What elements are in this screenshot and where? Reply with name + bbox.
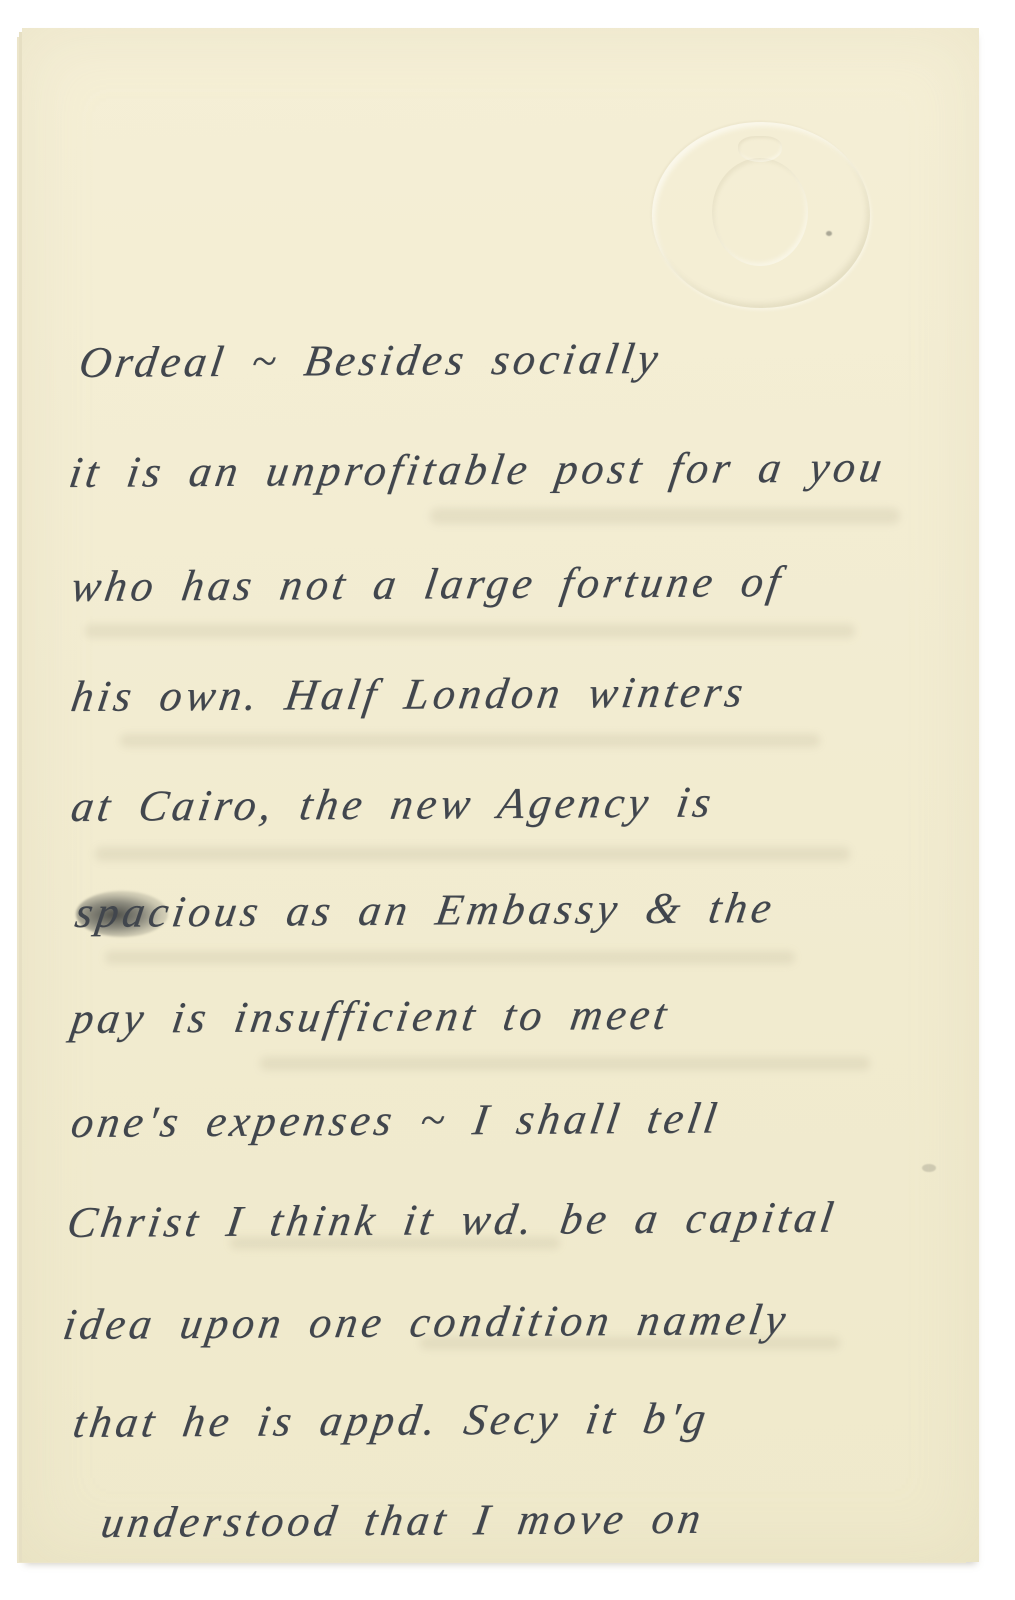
handwritten-line: idea upon one condition namely — [58, 1283, 795, 1362]
handwritten-line: that he is appd. Secy it b'g — [68, 1382, 715, 1460]
bleedthrough-mark — [95, 847, 850, 861]
bleedthrough-mark — [430, 508, 900, 524]
handwritten-line: at Cairo, the new Agency is — [66, 766, 720, 844]
embossed-seal-crown — [738, 136, 782, 162]
handwritten-line: understood that I move on — [96, 1482, 710, 1560]
handwritten-line: who has not a large fortune of — [66, 545, 789, 624]
bleedthrough-mark — [260, 1057, 870, 1070]
embossed-crest-seal-icon — [652, 122, 870, 308]
handwritten-line: his own. Half London winters — [66, 655, 752, 734]
bleedthrough-mark — [85, 624, 855, 638]
handwritten-line: it is an unprofitable post for a you — [64, 430, 891, 510]
handwritten-line: spacious as an Embassy & the — [70, 871, 780, 950]
bleedthrough-mark — [120, 734, 820, 747]
handwritten-line: one's expenses ~ I shall tell — [66, 1081, 726, 1160]
bleedthrough-mark — [105, 951, 795, 964]
handwritten-line: pay is insufficient to meet — [66, 978, 676, 1056]
ink-speck — [826, 231, 832, 236]
handwritten-line: Ordeal ~ Besides socially — [74, 322, 667, 400]
handwritten-line: Christ I think it wd. be a capital — [62, 1181, 842, 1260]
scanned-letter-canvas: Ordeal ~ Besides socially it is an unpro… — [0, 0, 1015, 1600]
embossed-seal-center — [712, 158, 808, 266]
ink-smudge — [922, 1164, 936, 1172]
